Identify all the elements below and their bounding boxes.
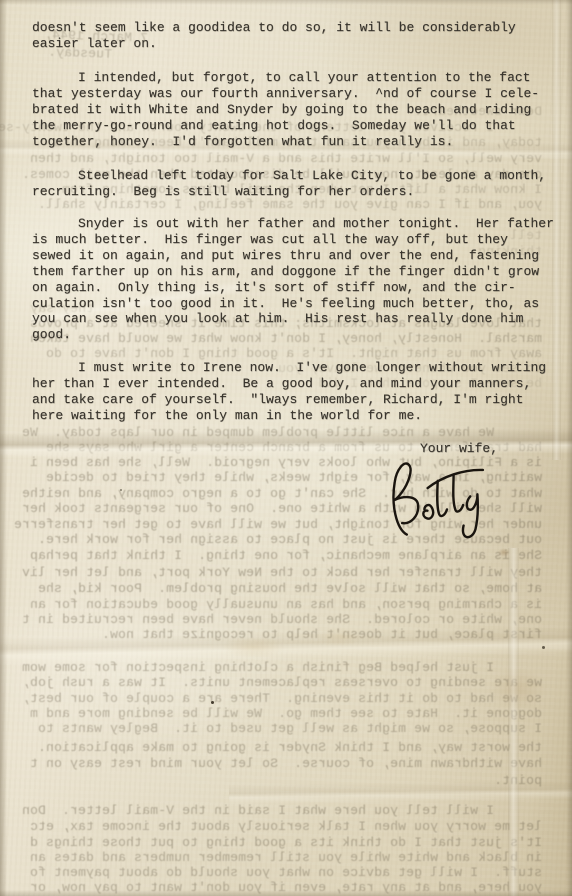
page-edge-right bbox=[566, 0, 572, 896]
bleedthrough-line: the worst way, and I think Snyder is goi… bbox=[8, 740, 542, 756]
signature-handwriting bbox=[382, 448, 522, 550]
fold-crease-bottom bbox=[229, 780, 572, 805]
bleedthrough-line: one, white or colored. She should never … bbox=[8, 612, 542, 628]
letter-paragraph-5: I must write to Irene now. I've gone lon… bbox=[32, 360, 556, 424]
bleedthrough-line: It's just that I do think its a good thi… bbox=[8, 835, 542, 851]
bleedthrough-line: let me worry you when I talk seriously a… bbox=[8, 819, 542, 835]
bleedthrough-line: so we had to do it this evening. There a… bbox=[8, 691, 542, 707]
page-edge-bottom bbox=[0, 890, 572, 896]
stain bbox=[488, 668, 546, 710]
bleedthrough-line: She is an airplane mechanic, for one thi… bbox=[8, 548, 542, 564]
bleedthrough-line: first place, but it doesn't help to reco… bbox=[8, 627, 542, 643]
bleedthrough-line: we are sending to overseas replacement u… bbox=[8, 675, 542, 691]
bleedthrough-line: We have a nice little problem dumped in … bbox=[8, 425, 542, 441]
stain bbox=[316, 628, 362, 646]
bleedthrough-line: in black and white while you still remem… bbox=[8, 850, 542, 866]
ink-speck bbox=[211, 701, 214, 704]
letter-paragraph-1: doesn't seem like a goodidea to do so, i… bbox=[32, 20, 556, 52]
stain bbox=[222, 636, 286, 658]
bleedthrough-line: at home, so that will solve the housing … bbox=[8, 581, 542, 597]
fold-crease-lower bbox=[0, 626, 572, 666]
bleedthrough-line: have withdrawn mine, of course. So let y… bbox=[8, 756, 542, 772]
bleedthrough-line: is a charming person, and has an unusual… bbox=[8, 597, 542, 613]
letter-page: 7 March 1944,Tuesday.Dear sweetheart: I … bbox=[0, 0, 572, 896]
bleedthrough-line: you here, and at any rate, even if you d… bbox=[8, 880, 542, 896]
bleedthrough-line: stuff. I will get advice on what you sho… bbox=[8, 865, 542, 881]
letter-paragraph-2: I intended, but forgot, to call your att… bbox=[32, 70, 556, 150]
ink-speck bbox=[542, 646, 545, 649]
page-edge-left bbox=[0, 0, 7, 896]
fold-crease-vertical-right-lower bbox=[508, 548, 519, 896]
bleedthrough-line: I suppose, so we might as well get used … bbox=[8, 721, 542, 737]
bleedthrough-line: I just helped Beg finish a clothing insp… bbox=[8, 660, 542, 676]
letter-paragraph-4: Snyder is out with her father and mother… bbox=[32, 216, 556, 343]
bleedthrough-line: doggone it. Hate to see them go. We will… bbox=[8, 706, 542, 722]
bleedthrough-line: they will transfer her back to the New Y… bbox=[8, 565, 542, 581]
bleedthrough-line: I will tell you here what I said in the … bbox=[8, 803, 542, 819]
bleedthrough-line: very well, so I'll write this and a V-ma… bbox=[8, 151, 542, 167]
ink-speck bbox=[120, 489, 122, 491]
page-edge-top bbox=[0, 0, 572, 5]
bleedthrough-line: point. bbox=[8, 773, 542, 789]
letter-paragraph-3: Steelhead left today for Salt Lake City,… bbox=[32, 168, 556, 200]
